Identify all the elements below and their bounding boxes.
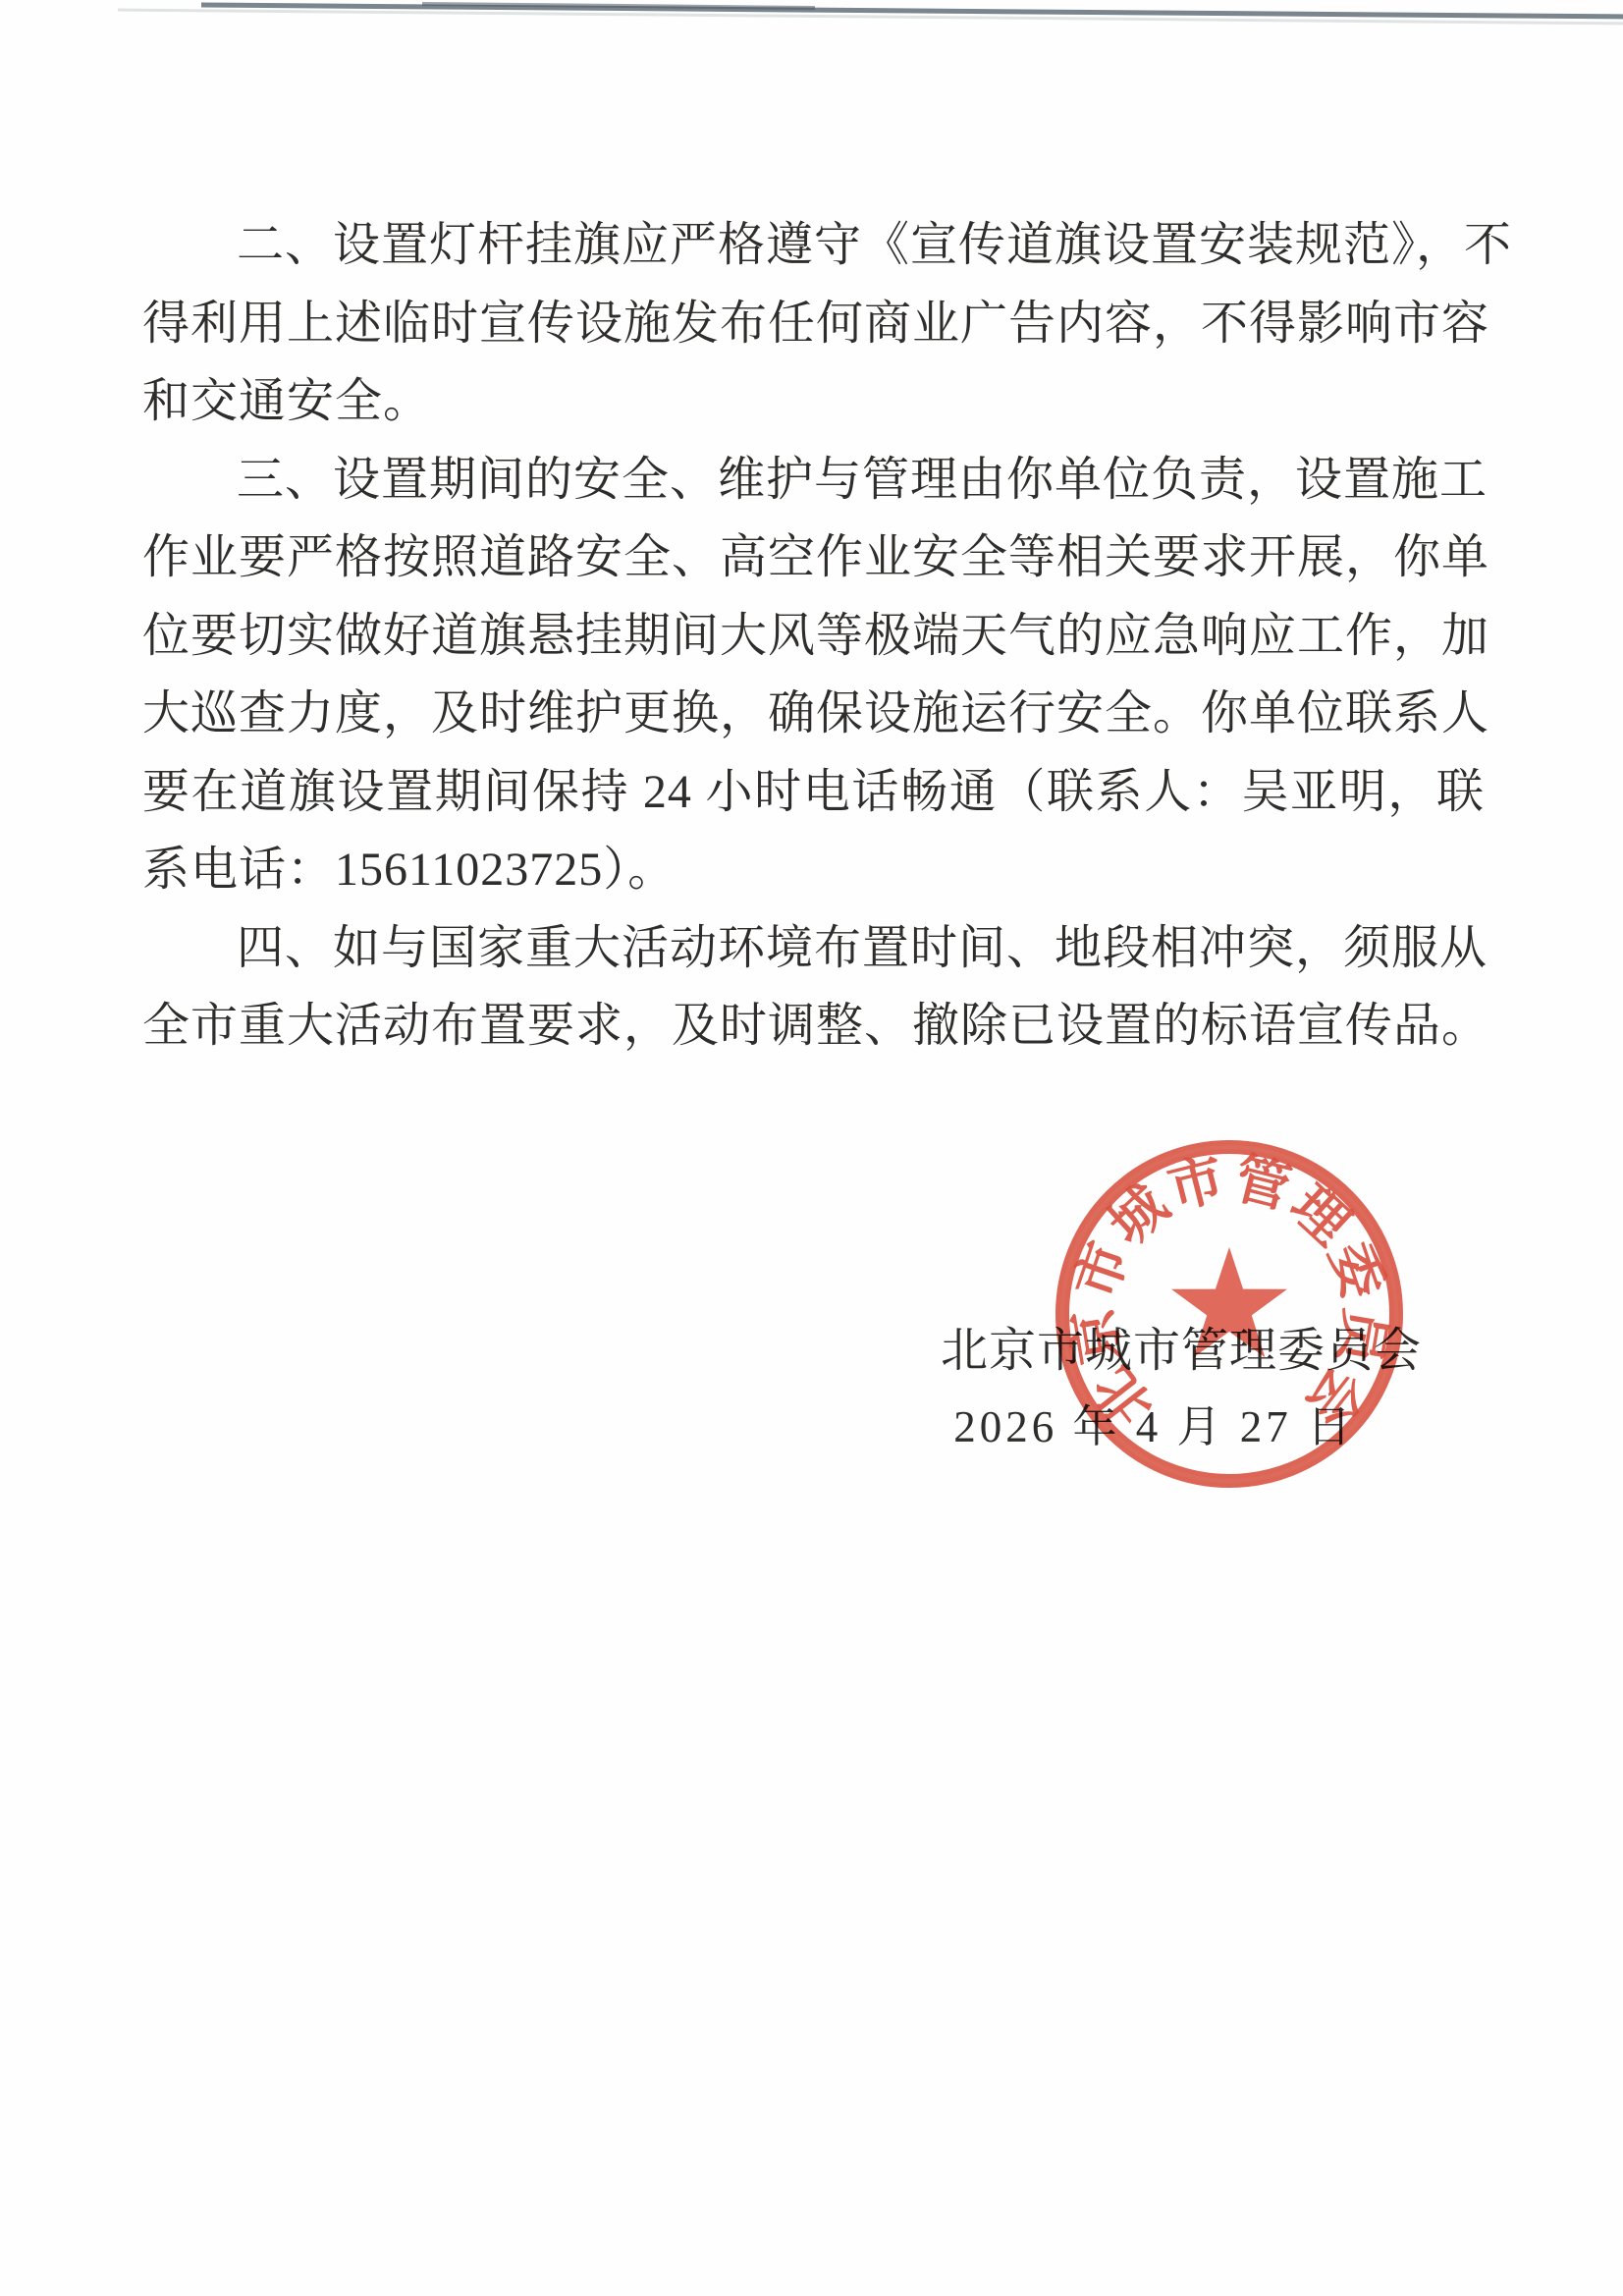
svg-text:管: 管 xyxy=(1228,1148,1297,1221)
star-icon xyxy=(1171,1247,1287,1357)
svg-text:市: 市 xyxy=(1163,1148,1231,1221)
body-line: 位要切实做好道旗悬挂期间大风等极端天气的应急响应工作，加 xyxy=(142,597,1485,676)
body-line: 和交通安全。 xyxy=(142,362,1485,441)
body-line: 要在道旗设置期间保持 24 小时电话畅通（联系人：吴亚明，联 xyxy=(142,753,1485,832)
body-line: 大巡查力度，及时维护更换，确保设施运行安全。你单位联系人 xyxy=(142,675,1485,753)
body-line: 系电话：15611023725）。 xyxy=(142,831,1485,909)
official-seal: 北京市城市管理委员会 xyxy=(1033,1108,1426,1520)
document-page: 二、设置灯杆挂旗应严格遵守《宣传道旗设置安装规范》，不 得利用上述临时宣传设施发… xyxy=(0,0,1623,2296)
body-line: 作业要严格按照道路安全、高空作业安全等相关要求开展，你单 xyxy=(142,519,1485,597)
scan-edge-artifact xyxy=(0,0,1623,39)
body-line: 二、设置灯杆挂旗应严格遵守《宣传道旗设置安装规范》，不 xyxy=(142,206,1485,285)
body-line: 得利用上述临时宣传设施发布任何商业广告内容，不得影响市容 xyxy=(142,285,1485,363)
body-line: 四、如与国家重大活动环境布置时间、地段相冲突，须服从 xyxy=(142,909,1485,988)
body-line: 全市重大活动布置要求，及时调整、撤除已设置的标语宣传品。 xyxy=(142,987,1485,1066)
letter-body: 二、设置灯杆挂旗应严格遵守《宣传道旗设置安装规范》，不 得利用上述临时宣传设施发… xyxy=(142,206,1485,1066)
body-line: 三、设置期间的安全、维护与管理由你单位负责，设置施工 xyxy=(142,441,1485,519)
svg-text:京: 京 xyxy=(1063,1304,1132,1369)
